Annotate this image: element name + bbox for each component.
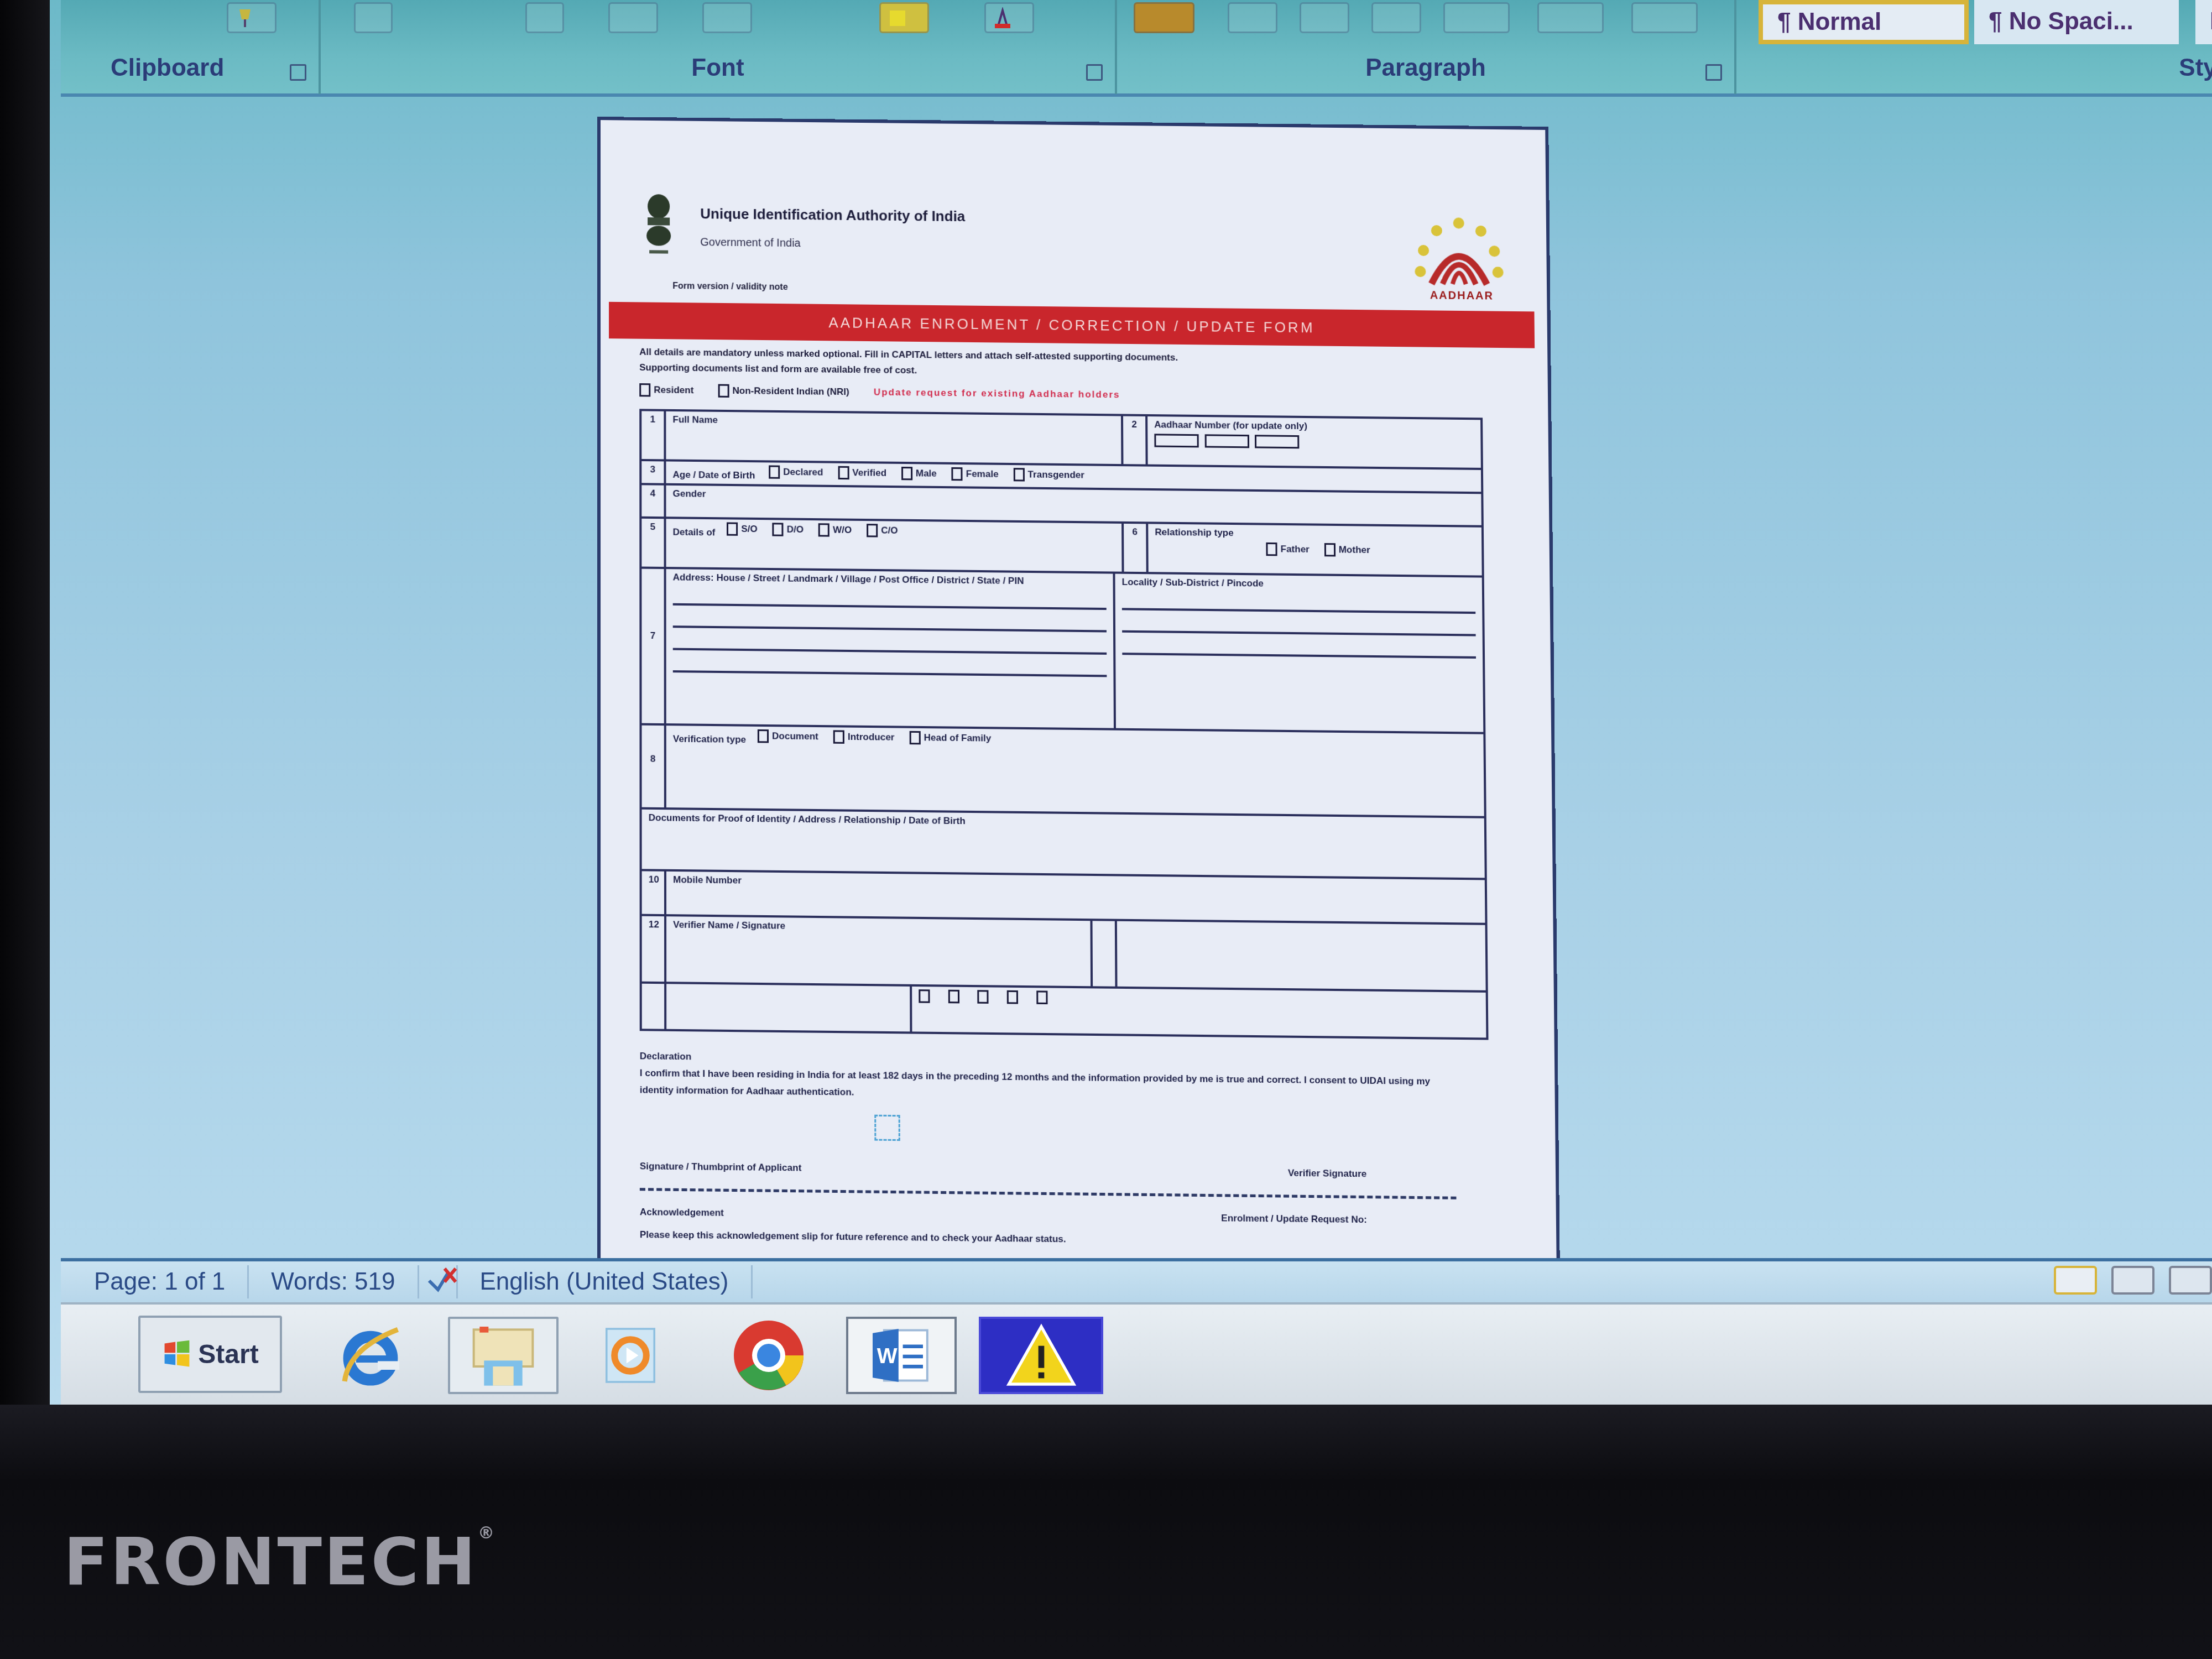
row-number xyxy=(1093,921,1118,987)
borders-button[interactable] xyxy=(1631,2,1698,33)
clipboard-dialog-launcher[interactable] xyxy=(290,64,306,81)
cut-line xyxy=(640,1188,1457,1199)
option-label: Male xyxy=(916,468,937,479)
full-screen-reading-icon[interactable] xyxy=(2111,1266,2154,1295)
resident-checkbox[interactable]: Resident xyxy=(639,383,693,397)
option-label: D/O xyxy=(787,524,804,535)
bold-button[interactable] xyxy=(354,2,393,33)
field-label: Age / Date of Birth xyxy=(673,469,755,481)
font-group-label: Font xyxy=(321,54,1115,82)
org-subtitle: Government of India xyxy=(700,236,801,250)
word-icon[interactable]: W xyxy=(846,1317,957,1394)
styles-group-label: Styles xyxy=(2179,54,2212,82)
svg-text:W: W xyxy=(877,1344,898,1368)
row-number: 2 xyxy=(1123,416,1148,465)
language-indicator[interactable]: English (United States) xyxy=(458,1265,753,1298)
option-label: Head of Family xyxy=(924,732,992,744)
signature-right: Verifier Signature xyxy=(1288,1167,1367,1180)
field-label: Aadhaar Number (for update only) xyxy=(1154,419,1474,434)
underline-button[interactable] xyxy=(608,2,658,33)
option-label: Document xyxy=(772,731,818,742)
web-layout-icon[interactable] xyxy=(2169,1266,2212,1295)
ack-heading: Acknowledgement xyxy=(640,1204,724,1221)
start-button[interactable]: Start xyxy=(138,1316,282,1393)
field-label: Relationship type xyxy=(1155,527,1475,541)
field-verification-type[interactable]: Verification type Document Introducer He… xyxy=(666,726,1484,816)
option-label: Father xyxy=(1281,544,1310,555)
ack-text: Please keep this acknowledgement slip fo… xyxy=(640,1227,1468,1252)
form-instructions: All details are mandatory unless marked … xyxy=(639,345,1471,384)
field-aadhaar-number[interactable]: Aadhaar Number (for update only) xyxy=(1147,416,1481,468)
align-center-button[interactable] xyxy=(1300,2,1349,33)
row-number: 6 xyxy=(1124,524,1149,572)
row-number: 5 xyxy=(641,519,666,567)
option-label: Declared xyxy=(783,467,823,478)
chrome-icon[interactable] xyxy=(713,1317,824,1394)
checkbox-icon xyxy=(718,384,729,398)
org-name: Unique Identification Authority of India xyxy=(700,205,965,225)
ribbon-group-clipboard: Clipboard xyxy=(61,0,321,94)
ribbon-group-styles: ¶ Normal ¶ No Spaci... Hea... Styles xyxy=(1736,0,2212,94)
internet-explorer-icon[interactable] xyxy=(315,1317,426,1394)
paragraph-shading-button[interactable] xyxy=(1537,2,1604,33)
page-count[interactable]: Page: 1 of 1 xyxy=(61,1265,249,1298)
highlight-color-button[interactable] xyxy=(879,2,929,33)
ribbon-group-paragraph: Paragraph xyxy=(1117,0,1736,94)
status-bar: Page: 1 of 1 Words: 519 English (United … xyxy=(61,1258,2212,1302)
field-verifier-options[interactable] xyxy=(912,987,1486,1037)
row-number: 1 xyxy=(641,411,666,459)
signature-left: Signature / Thumbprint of Applicant xyxy=(640,1161,802,1174)
row-number: 4 xyxy=(641,485,666,517)
table-row: 5 Details of S/O D/O W/O C/O 6 Relations… xyxy=(641,519,1481,578)
strikethrough-button[interactable] xyxy=(702,2,752,33)
option-label: Transgender xyxy=(1027,469,1084,481)
screen: Clipboard Font Paragraph xyxy=(50,0,2212,1416)
table-row: 7 Address: House / Street / Landmark / V… xyxy=(641,569,1483,734)
option-label: Verified xyxy=(852,467,886,479)
form-table: 1 Full Name 2 Aadhaar Number (for update… xyxy=(639,409,1488,1040)
table-row: 8 Verification type Document Introducer … xyxy=(642,726,1484,818)
file-explorer-icon[interactable] xyxy=(448,1317,559,1394)
field-details-of[interactable]: Details of S/O D/O W/O C/O xyxy=(666,519,1124,571)
form-version-line: Form version / validity note xyxy=(672,281,787,293)
field-mobile[interactable]: Verifier Name / Signature xyxy=(666,916,1093,986)
checkbox-icon xyxy=(639,383,650,397)
internet-explorer-glyph xyxy=(335,1319,406,1391)
field-label: Verification type xyxy=(673,733,746,745)
proofing-error-icon-glyph xyxy=(426,1265,459,1293)
font-color-button[interactable] xyxy=(984,2,1034,33)
proofing-error-icon[interactable] xyxy=(419,1265,458,1298)
media-player-glyph xyxy=(597,1322,664,1389)
document-header: Unique Identification Authority of India… xyxy=(639,170,1515,307)
line-spacing-button[interactable] xyxy=(1443,2,1510,33)
format-painter-icon xyxy=(234,7,256,29)
justify-button[interactable] xyxy=(1371,2,1421,33)
row-number: 12 xyxy=(642,916,666,982)
option-label: C/O xyxy=(881,525,898,536)
document-canvas[interactable]: Unique Identification Authority of India… xyxy=(61,100,2212,1261)
media-player-icon[interactable] xyxy=(575,1317,686,1394)
row-number: 8 xyxy=(642,726,666,807)
style-normal[interactable]: ¶ Normal xyxy=(1759,0,1969,44)
format-painter-button[interactable] xyxy=(227,2,276,33)
start-label: Start xyxy=(198,1339,258,1370)
option-label: Female xyxy=(966,468,999,480)
windows-logo-icon xyxy=(161,1339,192,1370)
field-email[interactable] xyxy=(1117,921,1486,990)
row-number: 10 xyxy=(642,871,666,914)
shading-button[interactable] xyxy=(1134,2,1194,33)
style-no-spacing[interactable]: ¶ No Spaci... xyxy=(1974,0,2179,44)
checkbox-label: Non-Resident Indian (NRI) xyxy=(732,385,849,398)
row-number: 3 xyxy=(641,461,666,483)
view-buttons xyxy=(2054,1266,2212,1295)
ribbon-group-font: Font xyxy=(321,0,1117,94)
option-label: W/O xyxy=(833,524,852,536)
paragraph-group-label: Paragraph xyxy=(1117,54,1734,82)
monitor-bezel-bottom: FRONTECH® xyxy=(0,1405,2212,1659)
red-note: Update request for existing Aadhaar hold… xyxy=(874,387,1120,401)
word-glyph: W xyxy=(865,1322,937,1389)
field-verifier[interactable] xyxy=(666,984,912,1031)
table-row: 12 Verifier Name / Signature xyxy=(642,916,1486,993)
highlighter-icon xyxy=(886,7,909,29)
warning-icon[interactable] xyxy=(979,1317,1103,1394)
field-relationship[interactable]: Relationship type Father Mother xyxy=(1148,524,1481,575)
option-label: S/O xyxy=(741,524,757,535)
monitor-brand-logo: FRONTECH® xyxy=(64,1524,497,1600)
paragraph-dialog-launcher[interactable] xyxy=(1705,64,1722,81)
document-page[interactable]: Unique Identification Authority of India… xyxy=(597,117,1560,1288)
font-dialog-launcher[interactable] xyxy=(1086,64,1103,81)
align-left-button[interactable] xyxy=(1228,2,1277,33)
option-label: Introducer xyxy=(848,732,895,743)
object-anchor-placeholder[interactable] xyxy=(874,1115,900,1141)
aadhaar-logo-icon xyxy=(1403,211,1515,301)
nri-checkbox[interactable]: Non-Resident Indian (NRI) xyxy=(718,384,849,399)
field-documents[interactable]: Documents for Proof of Identity / Addres… xyxy=(642,810,1485,878)
field-documents-detail[interactable]: Mobile Number xyxy=(666,872,1485,923)
table-row: Documents for Proof of Identity / Addres… xyxy=(642,810,1485,880)
field-label: Details of xyxy=(673,526,716,538)
ack-request-number: Enrolment / Update Request No: xyxy=(1221,1211,1367,1228)
clipboard-group-label: Clipboard xyxy=(111,54,319,82)
style-heading[interactable]: Hea... xyxy=(2195,0,2212,44)
warning-glyph xyxy=(1000,1322,1083,1389)
word-count[interactable]: Words: 519 xyxy=(249,1265,419,1298)
row-number xyxy=(642,984,666,1029)
file-explorer-glyph xyxy=(465,1322,542,1389)
ribbon: Clipboard Font Paragraph xyxy=(61,0,2212,97)
residency-options: Resident Non-Resident Indian (NRI) Updat… xyxy=(639,383,1516,406)
brand-text: FRONTECH xyxy=(64,1524,478,1600)
font-color-icon xyxy=(992,7,1014,29)
table-row xyxy=(642,984,1486,1038)
field-full-name[interactable]: Full Name xyxy=(666,411,1123,464)
national-emblem-icon xyxy=(639,192,678,259)
print-layout-icon[interactable] xyxy=(2054,1266,2097,1295)
signature-row: Signature / Thumbprint of Applicant Veri… xyxy=(640,1161,1367,1180)
form-title-banner: AADHAAR ENROLMENT / CORRECTION / UPDATE … xyxy=(609,302,1535,348)
field-address[interactable]: Address: House / Street / Landmark / Vil… xyxy=(666,569,1116,728)
checkbox-label: Resident xyxy=(654,384,693,396)
field-locality[interactable]: Locality / Sub-District / Pincode xyxy=(1115,574,1483,732)
row-number: 7 xyxy=(641,569,666,724)
chrome-glyph xyxy=(727,1314,810,1397)
taskbar: Start xyxy=(61,1302,2212,1405)
italic-button[interactable] xyxy=(525,2,564,33)
aadhaar-logo-text: AADHAAR xyxy=(1430,289,1494,302)
option-label: Mother xyxy=(1339,544,1370,556)
declaration-section: Declaration I confirm that I have been r… xyxy=(640,1048,1455,1107)
table-row: 1 Full Name 2 Aadhaar Number (for update… xyxy=(641,411,1481,470)
